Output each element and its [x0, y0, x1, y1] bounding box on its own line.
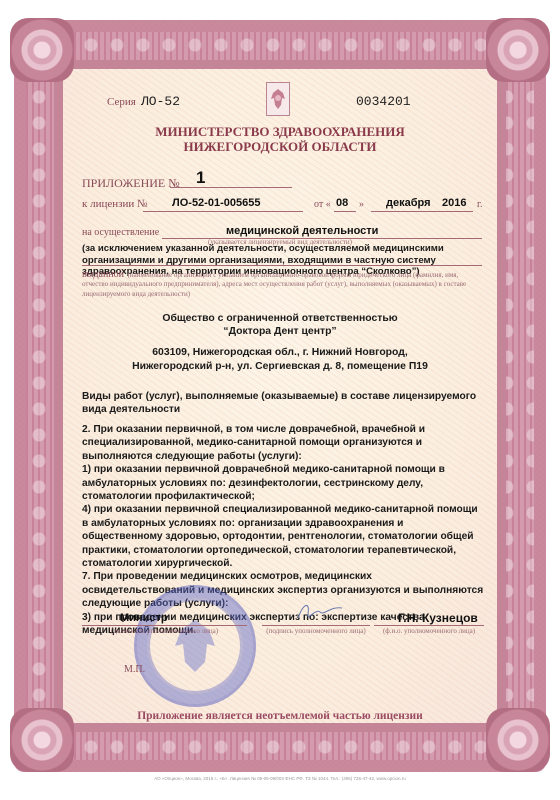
footer-note: Приложение является неотъемлемой частью …: [0, 710, 560, 722]
issued-hint-text: (наименование организации с указанием ор…: [82, 271, 466, 298]
month-year-underline: [371, 211, 473, 212]
ministry-title-line2: НИЖЕГОРОДСКОЙ ОБЛАСТИ: [0, 139, 560, 155]
series-label: Серия: [107, 96, 136, 108]
license-label: к лицензии №: [82, 198, 148, 210]
name-underline: [374, 625, 484, 626]
series-value: ЛО-52: [141, 94, 180, 109]
printer-imprint: АО «Опцион», Москва, 2016 г., «Б». Лицен…: [0, 776, 560, 781]
signer-name: Г.Н. Кузнецов: [398, 611, 478, 625]
license-underline: [143, 211, 303, 212]
activity-label: на осуществление: [82, 227, 159, 238]
appendix-label: ПРИЛОЖЕНИЕ №: [82, 176, 180, 191]
ministry-title-line1: МИНИСТЕРСТВО ЗДРАВООХРАНЕНИЯ: [0, 124, 560, 140]
license-year: 2016: [442, 197, 466, 209]
date-from-label: от «: [314, 199, 331, 210]
license-number: ЛО-52-01-005655: [172, 197, 260, 209]
corner-rosette-icon: [486, 18, 550, 82]
name-hint: (ф.и.о. уполномоченного лица): [374, 627, 484, 635]
organization-name-line1: Общество с ограниченной ответственностью: [0, 313, 560, 324]
issued-hint: выданной (наименование организации с ука…: [82, 270, 482, 299]
coat-of-arms-icon: [266, 82, 290, 116]
license-month: декабря: [386, 197, 431, 209]
exclusion-underline: [82, 265, 482, 266]
activity-value: медицинской деятельности: [226, 225, 378, 237]
document-number: 0034201: [356, 94, 411, 109]
signer-position: Министр: [120, 612, 168, 624]
signature-underline: [262, 625, 370, 626]
year-suffix: г.: [477, 199, 482, 210]
corner-rosette-icon: [10, 18, 74, 82]
position-hint: (должность уполномоченного лица): [82, 627, 247, 635]
organization-address-line1: 603109, Нижегородская обл., г. Нижний Но…: [0, 347, 560, 358]
day-underline: [334, 211, 356, 212]
license-day: 08: [336, 197, 348, 209]
official-seal-icon: [134, 585, 256, 707]
position-underline: [82, 625, 247, 626]
organization-name-line2: “Доктора Дент центр”: [0, 326, 560, 337]
signature-hint: (подпись уполномоченного лица): [262, 627, 370, 635]
stamp-label: М.П.: [124, 664, 145, 675]
appendix-underline: [170, 187, 292, 188]
appendix-number: 1: [196, 168, 205, 188]
services-heading: Виды работ (услуг), выполняемые (оказыва…: [82, 390, 482, 417]
organization-address-line2: Нижегородский р-н, ул. Сергиевская д. 8,…: [0, 361, 560, 372]
issued-label: выданной: [82, 269, 124, 280]
date-close: »: [359, 199, 364, 210]
